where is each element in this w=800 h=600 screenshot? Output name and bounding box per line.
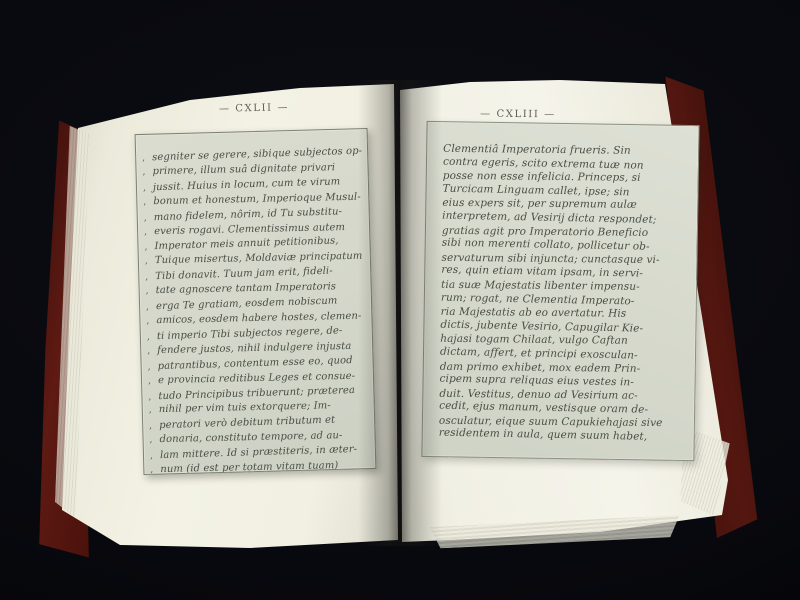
margin-quote-mark: , — [144, 212, 154, 226]
margin-quote-mark: , — [147, 345, 157, 359]
margin-quote-mark: , — [147, 331, 157, 345]
right-manuscript-lines: Clementiâ Imperatoria frueris. Sincontra… — [439, 142, 691, 445]
right-page-number: — CXLIII — — [418, 108, 618, 121]
margin-quote-mark: , — [149, 405, 159, 419]
margin-quote-mark: , — [145, 255, 155, 269]
margin-quote-mark: , — [142, 166, 152, 180]
left-manuscript-lines: ,segniter se gerere, sibique subjectos o… — [156, 145, 370, 475]
margin-quote-mark: , — [147, 361, 157, 375]
margin-quote-mark: , — [150, 464, 160, 475]
margin-quote-mark: , — [148, 391, 158, 405]
margin-quote-mark: , — [148, 375, 158, 389]
margin-quote-mark: , — [149, 434, 159, 448]
book-photograph: — CXLII — — CXLIII — ,segniter se gerere… — [0, 0, 800, 600]
margin-quote-mark: , — [145, 271, 155, 285]
manuscript-line: residentem in aula, quem suum habet, — [439, 427, 686, 446]
right-manuscript-facsimile: Clementiâ Imperatoria frueris. Sincontra… — [421, 121, 699, 461]
margin-quote-mark: , — [143, 182, 153, 196]
margin-quote-mark: , — [144, 226, 154, 240]
margin-quote-mark: , — [150, 450, 160, 464]
margin-quote-mark: , — [146, 301, 156, 315]
margin-quote-mark: , — [146, 285, 156, 299]
margin-quote-mark: , — [149, 420, 159, 434]
margin-quote-mark: , — [143, 196, 153, 210]
margin-quote-mark: , — [144, 242, 154, 256]
left-manuscript-facsimile: ,segniter se gerere, sibique subjectos o… — [135, 128, 377, 475]
margin-quote-mark: , — [146, 315, 156, 329]
margin-quote-mark: , — [142, 152, 152, 166]
